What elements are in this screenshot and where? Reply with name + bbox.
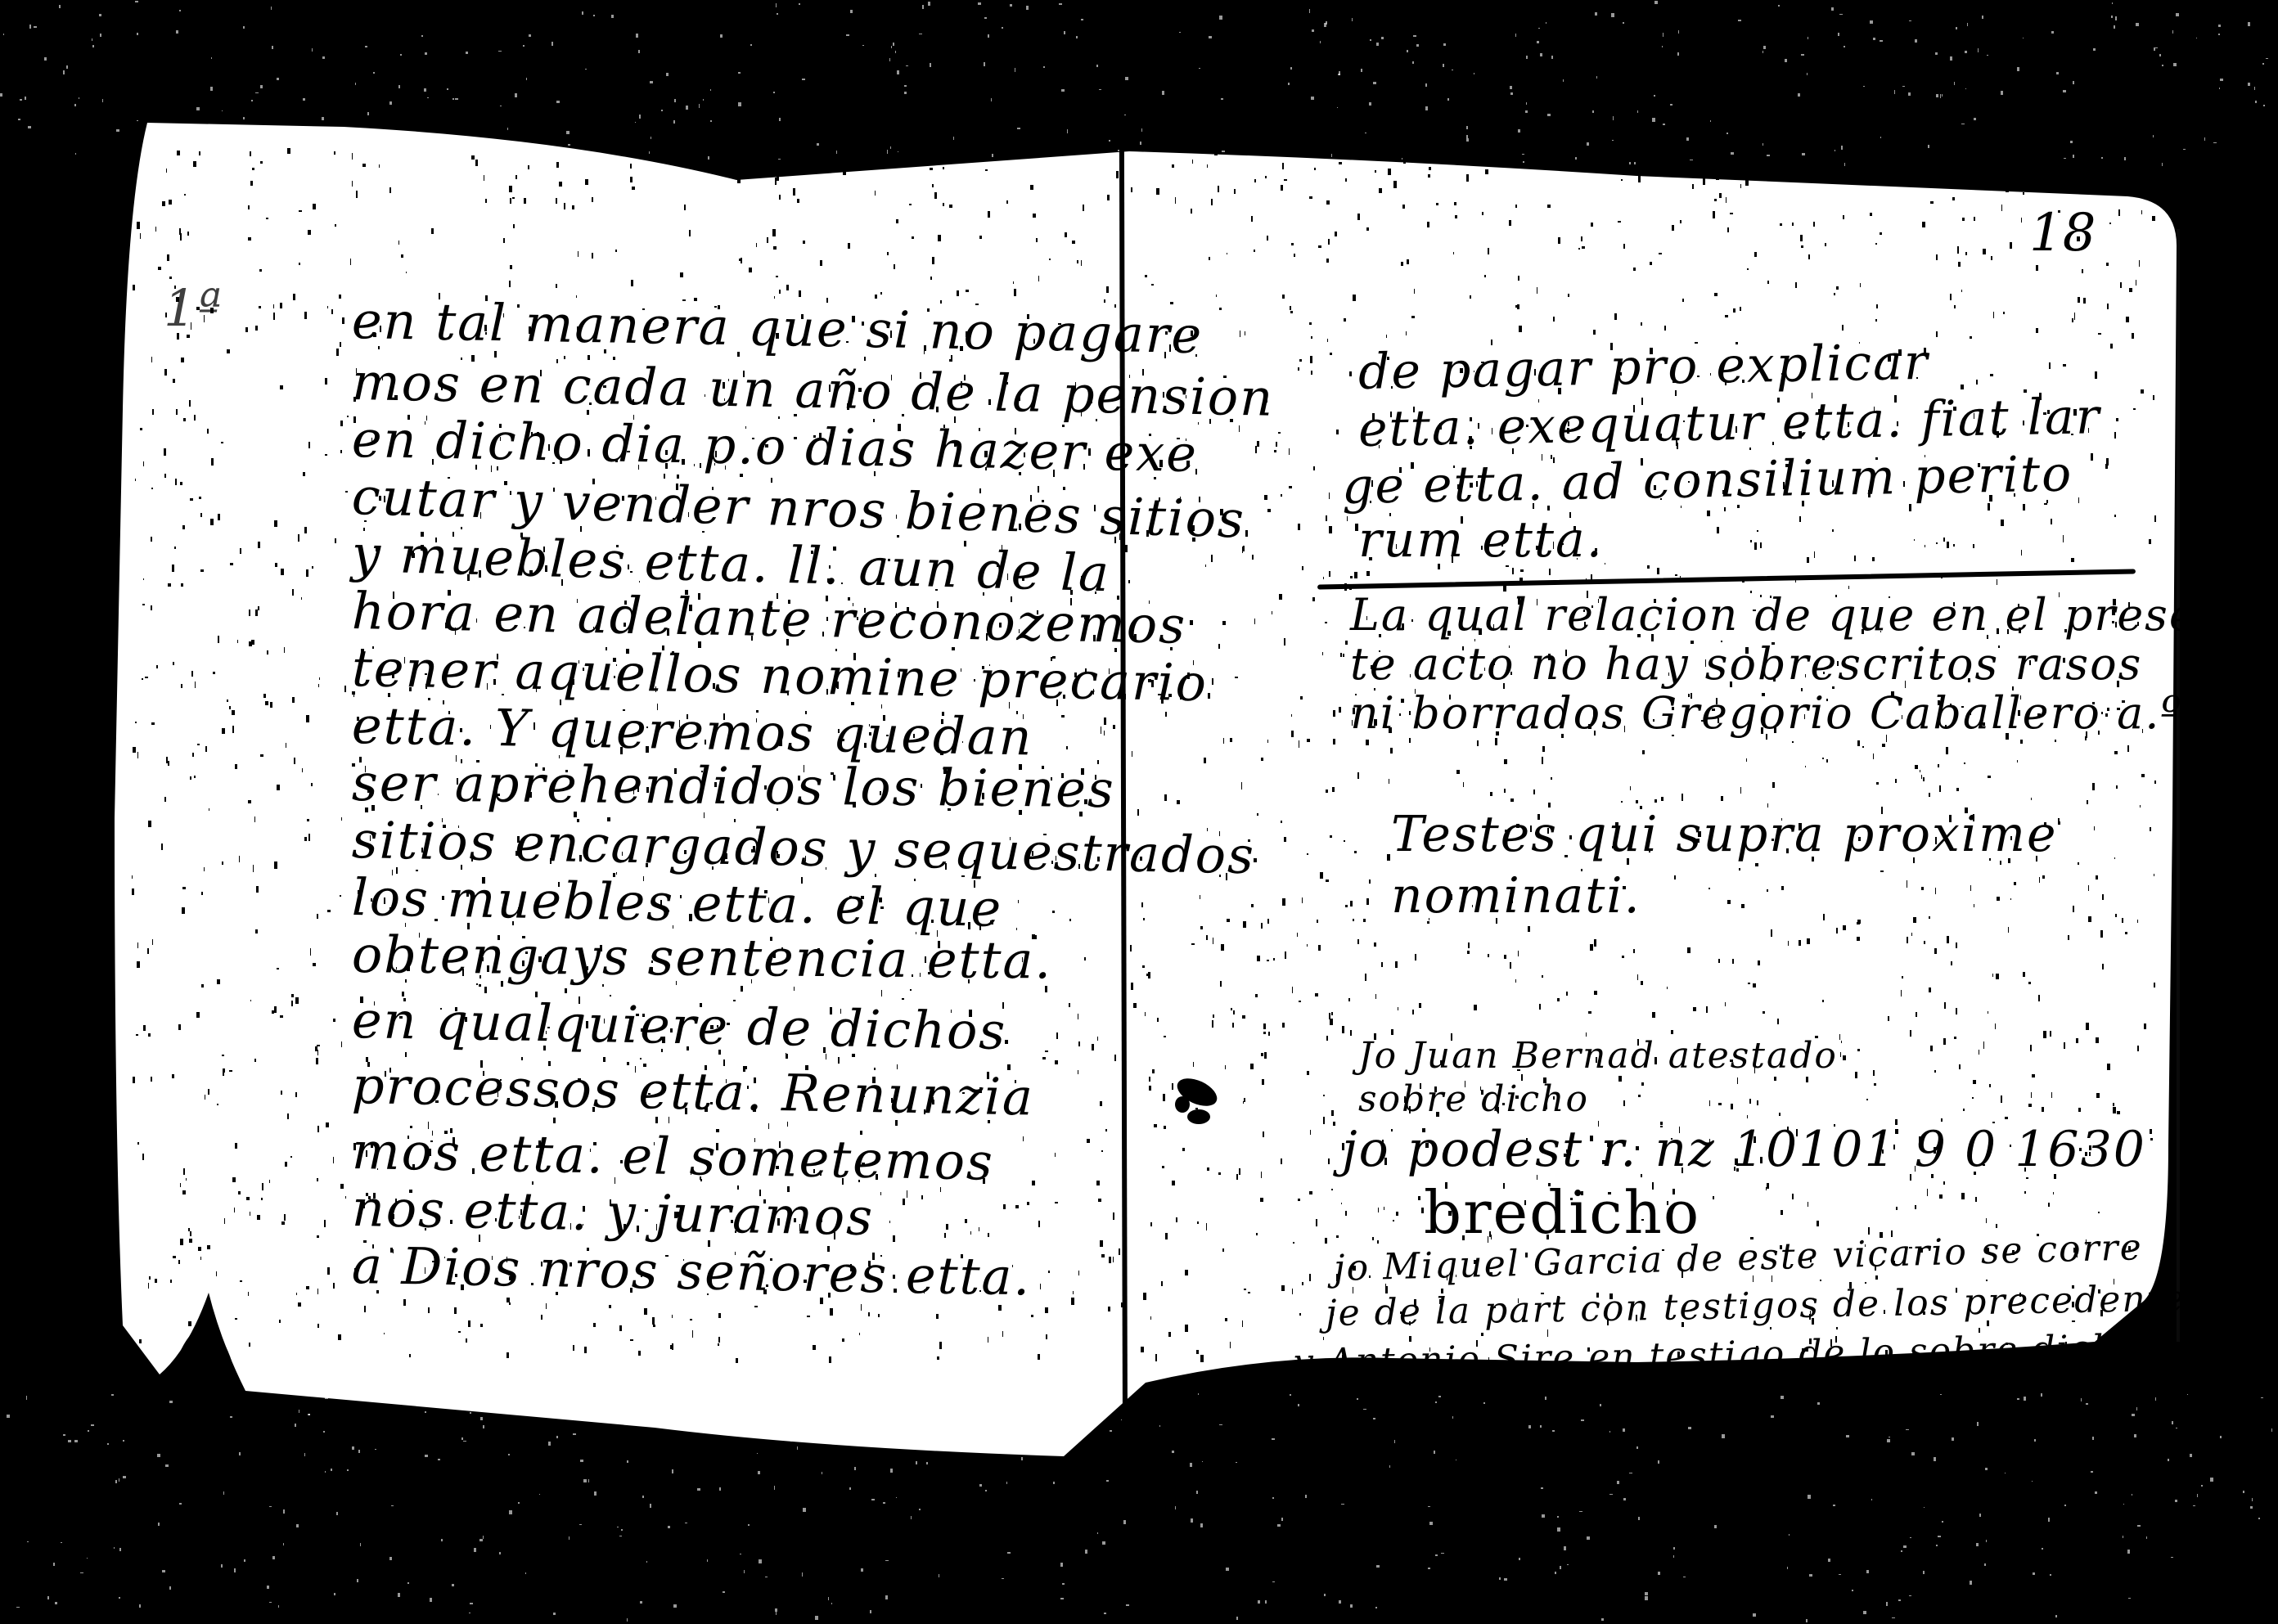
text-line: en qualquiere de dichos <box>351 990 1006 1061</box>
margin-note: 1ª <box>164 278 223 338</box>
text-line: obtengays sentencia etta. <box>352 924 1053 990</box>
page-number: 18 <box>2029 203 2096 263</box>
text-line: ser aprehendidos los bienes <box>352 753 1115 819</box>
signature-line: sobre dicho <box>1358 1078 1589 1120</box>
text-line: a Dios nros señores etta. <box>351 1235 1031 1307</box>
signature-line: bredicho <box>1424 1178 1700 1247</box>
text-line: ni borrados Gregorio Caballero a.º 1676 <box>1350 687 2278 739</box>
ink-blot <box>1166 1072 1223 1129</box>
signature-line: jo podest r. nz 10101 9 0 1630 <box>1342 1121 2146 1178</box>
text-line: nominati. <box>1391 867 1641 924</box>
text-line: Testes qui supra proxime <box>1391 806 2057 863</box>
page-edge-line <box>2177 229 2180 1342</box>
text-line: rum etta. <box>1358 511 1604 569</box>
text-line: de pagar pro explicar <box>1357 334 1929 401</box>
signature-line: Jo Juan Bernad atestado <box>1358 1035 1838 1077</box>
scanned-document: 18 1ª en tal manera que si no pagare mos… <box>0 0 2278 1624</box>
text-line: La qual relacion de que en el presen <box>1350 589 2227 641</box>
text-line: processos etta. Renunzia <box>351 1055 1034 1127</box>
text-line: te acto no hay sobrescritos rasos <box>1350 638 2142 690</box>
